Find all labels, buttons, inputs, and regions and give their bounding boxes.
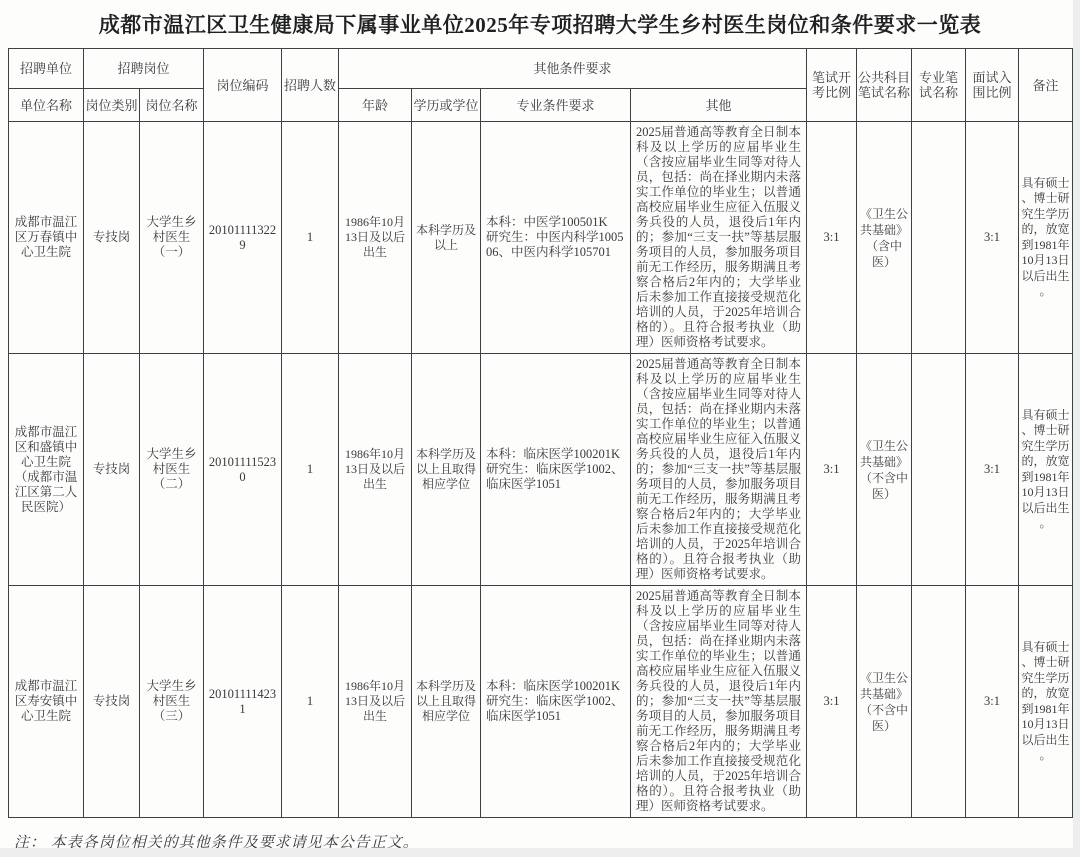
professional-exam-name-cell <box>912 354 966 586</box>
age-cell: 1986年10月13日及以后出生 <box>339 354 412 586</box>
table-row: 成都市温江区万春镇中心卫生院 专技岗 大学生乡村医生（一） 2010111132… <box>9 122 1073 354</box>
post-code-cell: 201011115230 <box>204 354 282 586</box>
remark-cell: 具有硕士、博士研究生学历的，放宽到1981年10月13日以后出生。 <box>1019 586 1073 818</box>
header-major-requirements: 专业条件要求 <box>481 89 631 122</box>
post-name-cell: 大学生乡村医生（二） <box>140 354 204 586</box>
unit-name-cell: 成都市温江区万春镇中心卫生院 <box>9 122 84 354</box>
table-header-row-1: 招聘单位 招聘岗位 岗位编码 招聘人数 其他条件要求 笔试开考比例 公共科目笔试… <box>9 49 1073 89</box>
header-professional-exam-name: 专业笔试名称 <box>912 49 966 122</box>
interview-ratio-cell: 3:1 <box>966 354 1019 586</box>
interview-ratio-cell: 3:1 <box>966 586 1019 818</box>
post-code-cell: 201011113229 <box>204 122 282 354</box>
remark-cell: 具有硕士、博士研究生学历的，放宽到1981年10月13日以后出生。 <box>1019 354 1073 586</box>
post-name-cell: 大学生乡村医生（一） <box>140 122 204 354</box>
public-subject-name-cell: 《卫生公共基础》（不含中医） <box>857 586 912 818</box>
age-cell: 1986年10月13日及以后出生 <box>339 122 412 354</box>
header-written-exam-ratio: 笔试开考比例 <box>807 49 857 122</box>
table-row: 成都市温江区和盛镇中心卫生院（成都市温江区第二人民医院） 专技岗 大学生乡村医生… <box>9 354 1073 586</box>
header-post-category: 岗位类别 <box>84 89 140 122</box>
scan-edge-right <box>1073 0 1080 857</box>
other-requirements-cell: 2025届普通高等教育全日制本科及以上学历的应届毕业生（含按应届毕业生同等对待人… <box>631 122 807 354</box>
other-requirements-cell: 2025届普通高等教育全日制本科及以上学历的应届毕业生（含按应届毕业生同等对待人… <box>631 586 807 818</box>
post-code-cell: 201011114231 <box>204 586 282 818</box>
post-category-cell: 专技岗 <box>84 122 140 354</box>
header-recruit-unit: 招聘单位 <box>9 49 84 89</box>
headcount-cell: 1 <box>282 586 339 818</box>
unit-name-cell: 成都市温江区寿安镇中心卫生院 <box>9 586 84 818</box>
header-recruit-post: 招聘岗位 <box>84 49 204 89</box>
public-subject-name-cell: 《卫生公共基础》（含中医） <box>857 122 912 354</box>
interview-ratio-cell: 3:1 <box>966 122 1019 354</box>
headcount-cell: 1 <box>282 354 339 586</box>
headcount-cell: 1 <box>282 122 339 354</box>
post-name-cell: 大学生乡村医生（三） <box>140 586 204 818</box>
age-cell: 1986年10月13日及以后出生 <box>339 586 412 818</box>
other-requirements-cell: 2025届普通高等教育全日制本科及以上学历的应届毕业生（含按应届毕业生同等对待人… <box>631 354 807 586</box>
education-cell: 本科学历及以上 <box>412 122 481 354</box>
major-requirements-cell: 本科：临床医学100201K 研究生：临床医学1002、临床医学1051 <box>481 354 631 586</box>
header-education: 学历或学位 <box>412 89 481 122</box>
remark-cell: 具有硕士、博士研究生学历的，放宽到1981年10月13日以后出生。 <box>1019 122 1073 354</box>
major-requirements-cell: 本科：临床医学100201K 研究生：临床医学1002、临床医学1051 <box>481 586 631 818</box>
professional-exam-name-cell <box>912 122 966 354</box>
header-interview-ratio: 面试入围比例 <box>966 49 1019 122</box>
scan-edge-bottom <box>0 848 1080 857</box>
post-category-cell: 专技岗 <box>84 354 140 586</box>
page-title: 成都市温江区卫生健康局下属事业单位2025年专项招聘大学生乡村医生岗位和条件要求… <box>0 0 1080 48</box>
header-age: 年龄 <box>339 89 412 122</box>
post-category-cell: 专技岗 <box>84 586 140 818</box>
header-unit-name: 单位名称 <box>9 89 84 122</box>
header-post-name: 岗位名称 <box>140 89 204 122</box>
header-other-requirements-group: 其他条件要求 <box>339 49 807 89</box>
professional-exam-name-cell <box>912 586 966 818</box>
education-cell: 本科学历及以上且取得相应学位 <box>412 354 481 586</box>
scanned-document-page: 成都市温江区卫生健康局下属事业单位2025年专项招聘大学生乡村医生岗位和条件要求… <box>0 0 1080 857</box>
written-exam-ratio-cell: 3:1 <box>807 354 857 586</box>
written-exam-ratio-cell: 3:1 <box>807 586 857 818</box>
header-remark: 备注 <box>1019 49 1073 122</box>
written-exam-ratio-cell: 3:1 <box>807 122 857 354</box>
table-row: 成都市温江区寿安镇中心卫生院 专技岗 大学生乡村医生（三） 2010111142… <box>9 586 1073 818</box>
major-requirements-cell: 本科：中医学100501K 研究生：中医内科学100506、中医内科学10570… <box>481 122 631 354</box>
education-cell: 本科学历及以上且取得相应学位 <box>412 586 481 818</box>
header-other: 其他 <box>631 89 807 122</box>
header-public-subject-name: 公共科目笔试名称 <box>857 49 912 122</box>
header-headcount: 招聘人数 <box>282 49 339 122</box>
header-post-code: 岗位编码 <box>204 49 282 122</box>
public-subject-name-cell: 《卫生公共基础》（不含中医） <box>857 354 912 586</box>
recruitment-positions-table: 招聘单位 招聘岗位 岗位编码 招聘人数 其他条件要求 笔试开考比例 公共科目笔试… <box>8 48 1073 818</box>
unit-name-cell: 成都市温江区和盛镇中心卫生院（成都市温江区第二人民医院） <box>9 354 84 586</box>
